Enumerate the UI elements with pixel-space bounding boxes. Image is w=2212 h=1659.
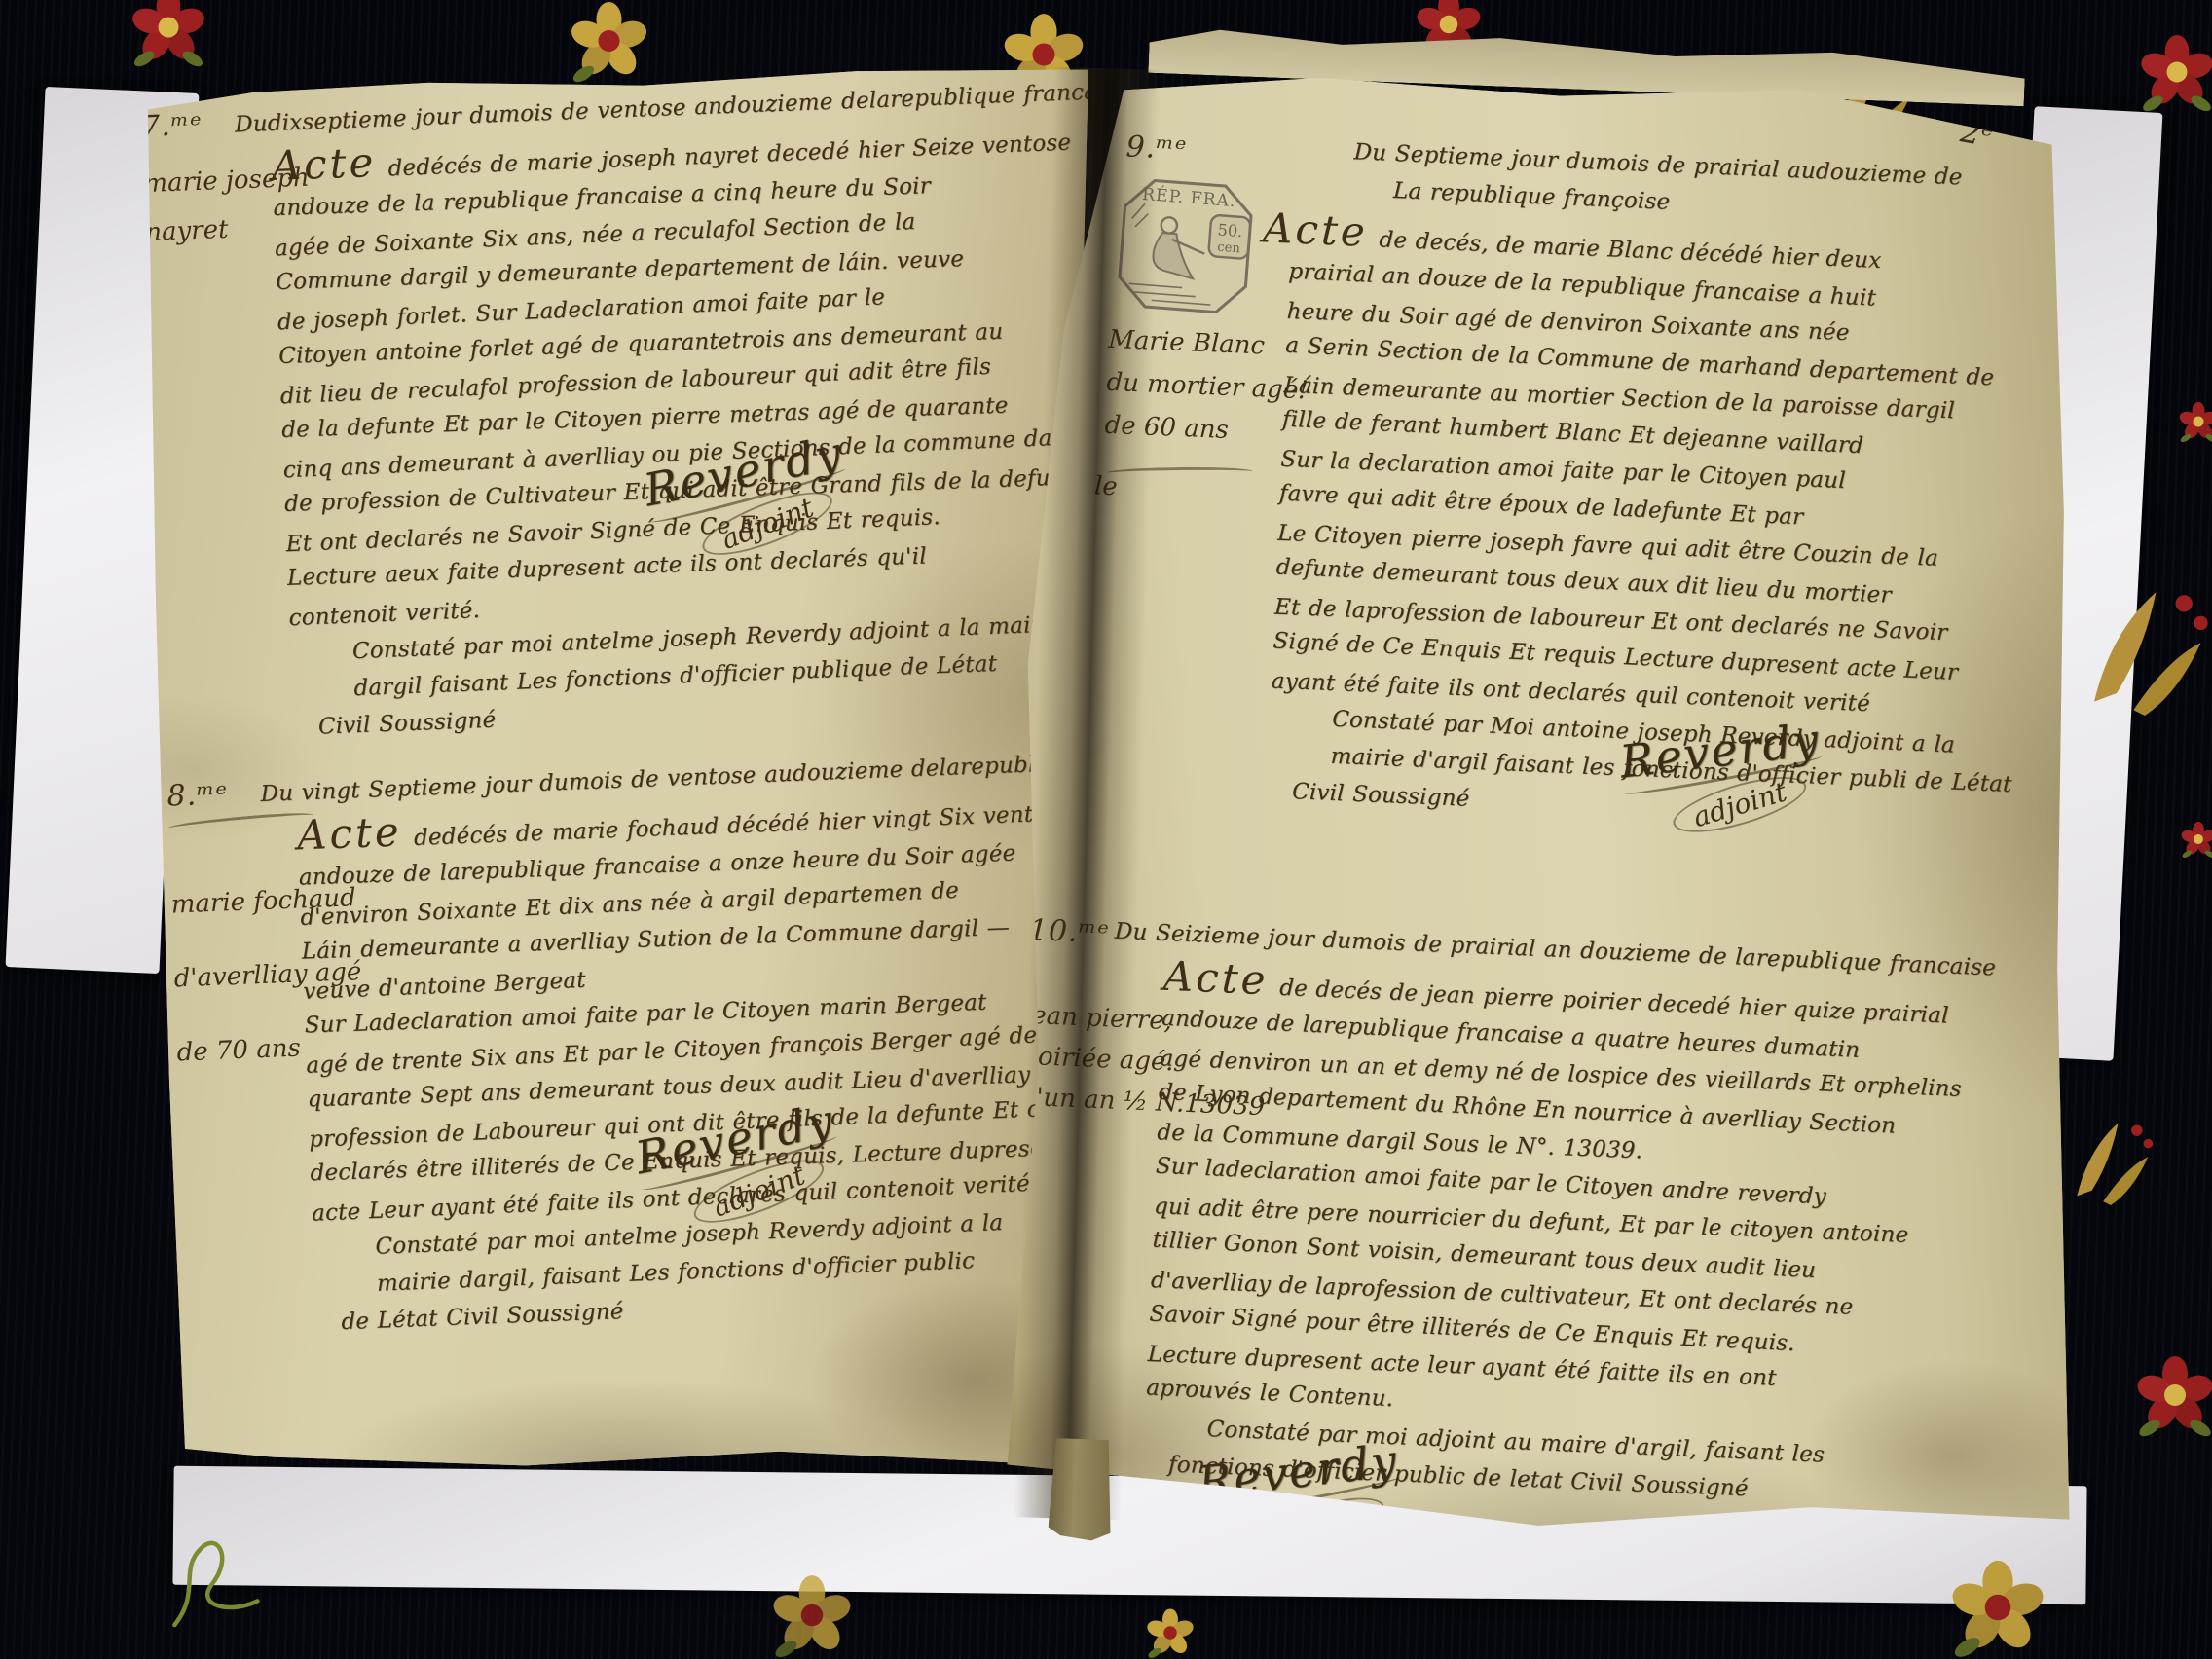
embroidered-flower <box>1941 1556 2054 1659</box>
acte-word: Acte <box>1262 203 1369 255</box>
record-body: Du vingt Septieme jour dumois de ventose… <box>295 743 1150 1342</box>
embroidered-sprig <box>2062 1112 2156 1205</box>
death-record-10: 10.ᵐᵉ jean pierre,poiriée agé.d'un an ½ … <box>996 909 2046 1520</box>
embroidered-flower <box>1114 1606 1227 1659</box>
death-record-7: 7.ᵐᵉ marie josephnayret Dudixseptieme jo… <box>140 73 1123 751</box>
death-record-8: 8.ᵐᵉ marie fochaudd'averlliay agéde 70 a… <box>166 743 1150 1346</box>
margin-column: 7.ᵐᵉ marie josephnayret <box>140 105 273 257</box>
register-page-right: 2ᵉ le 9.ᵐᵉ RÉP. FRA. 50. cen <box>993 56 2083 1577</box>
ink-flourish <box>1107 466 1253 478</box>
record-body: Du Seizieme jour dumois de prairial an d… <box>1142 915 2047 1519</box>
embroidered-flower <box>2179 391 2212 452</box>
margin-notes: marie josephnayret <box>142 155 273 257</box>
record-number: 9.ᵐᵉ <box>1125 129 1291 170</box>
margin-note-line: de 60 ans <box>1104 404 1308 456</box>
ink-flourish <box>167 810 313 833</box>
margin-column: 9.ᵐᵉ RÉP. FRA. 50. cen Ma <box>1110 124 1292 171</box>
margin-note-line: nayret <box>144 203 273 257</box>
margin-notes: marie fochaudd'averlliay agéde 70 ans <box>169 864 305 1090</box>
photographed-register-spread: { "palette":{ "ink":"#3f2f18","paper":"#… <box>0 0 2212 1659</box>
acte-word: Acte <box>1162 952 1270 1004</box>
record-number: 10.ᵐᵉ <box>1028 913 1146 952</box>
margin-notes: Marie Blancdu mortier agé!de 60 ans <box>1104 318 1311 456</box>
page-number-mark: 2ᵉ <box>1958 112 1996 154</box>
loose-thread <box>154 1525 280 1634</box>
embroidered-flower <box>563 0 655 84</box>
embroidered-flower <box>2140 27 2212 117</box>
death-record-9: 9.ᵐᵉ RÉP. FRA. 50. cen Ma <box>1084 124 2084 842</box>
record-number: 8.ᵐᵉ <box>166 775 294 814</box>
stamp-value: 50. <box>1217 220 1243 240</box>
revenue-stamp: RÉP. FRA. 50. cen <box>1111 172 1259 320</box>
margin-note-line: marie joseph <box>142 155 271 208</box>
embroidered-flower <box>2181 810 2212 868</box>
embroidered-flower <box>125 0 212 68</box>
record-body: Dudixseptieme jour dumois de ventose and… <box>269 73 1123 746</box>
record-lines: andouze de la republique francaise a cin… <box>273 160 1119 635</box>
register-page-left: 7.ᵐᵉ marie josephnayret Dudixseptieme jo… <box>136 58 1110 1480</box>
record-number: 7.ᵐᵉ <box>140 105 268 144</box>
record-lines: prairial an douze de la republique franc… <box>1271 255 2079 732</box>
record-lines: andouze de larepublique francaise a quat… <box>1145 1002 2044 1446</box>
margin-note-line: marie fochaud <box>169 864 299 942</box>
embroidered-flower <box>2136 1346 2212 1445</box>
margin-note-line: de 70 ans <box>175 1011 305 1089</box>
margin-column: 10.ᵐᵉ jean pierre,poiriée agé.d'un an ½ … <box>1018 909 1147 952</box>
embroidered-sprig <box>2072 572 2212 719</box>
margin-column: 8.ᵐᵉ marie fochaudd'averlliay agéde 70 a… <box>166 775 305 1090</box>
margin-note-line: d'averlliay agé <box>172 938 302 1016</box>
binding-tab <box>1048 1438 1114 1541</box>
stamp-value-unit: cen <box>1217 240 1241 257</box>
embroidered-flower <box>754 1571 870 1659</box>
